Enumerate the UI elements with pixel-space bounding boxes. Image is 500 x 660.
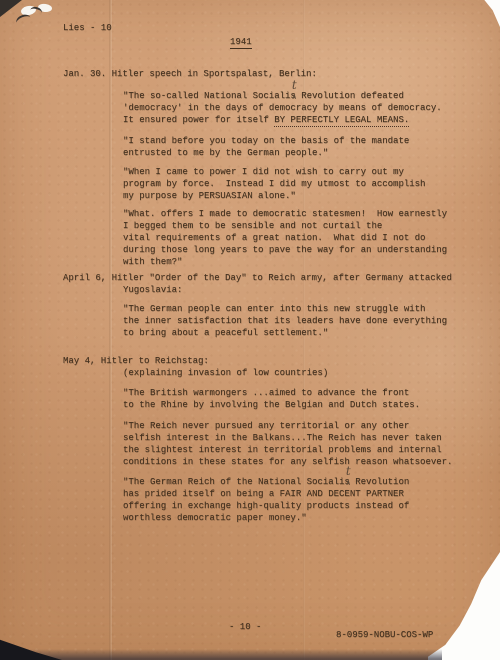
quote-line: with them?" xyxy=(123,256,447,268)
quote-block: "What. offers I made to democratic state… xyxy=(123,208,447,268)
quote-line: I begged them to be sensible and not cur… xyxy=(123,220,447,232)
torn-corner-top-right xyxy=(477,0,500,27)
quote-block: "When I came to power I did not wish to … xyxy=(123,166,425,202)
bottom-edge-shadow xyxy=(0,649,442,660)
fold-crease xyxy=(109,0,112,660)
quote-line: "The British warmongers ...aimed to adva… xyxy=(123,387,420,399)
quote-line: worthless democratic paper money." xyxy=(123,512,409,524)
pencil-mark xyxy=(14,13,32,29)
document-code: 8-0959-NOBU-COS-WP xyxy=(336,629,433,641)
quote-line: the inner satisfaction that its leaders … xyxy=(123,315,447,327)
quote-block: "I stand before you today on the basis o… xyxy=(123,135,409,159)
paper-sheet: Lies - 10 1941 Jan. 30. Hitler speech in… xyxy=(0,0,500,660)
year-title: 1941 xyxy=(230,36,252,49)
quote-line: "I stand before you today on the basis o… xyxy=(123,135,409,147)
quote-block: "The so-called National Socialist∧ Revol… xyxy=(123,90,442,126)
quote-line: "The German people can enter into this n… xyxy=(123,303,447,315)
handwritten-t: t xyxy=(346,466,351,476)
quote-line: selfish interest in the Balkans...The Re… xyxy=(123,432,452,444)
quote-line: "When I came to power I did not wish to … xyxy=(123,166,425,178)
quote-line: "The so-called National Socialist∧ Revol… xyxy=(123,90,442,102)
dark-corner-top-left xyxy=(0,0,22,17)
quote-line: conditions in these states for any selfi… xyxy=(123,456,452,468)
quote-line: program by force. Instead I did my utmos… xyxy=(123,178,425,190)
quote-block: "The British warmongers ...aimed to adva… xyxy=(123,387,420,411)
quote-line: "The Reich never pursued any territorial… xyxy=(123,420,452,432)
quote-line: vital requirements of a great nation. Wh… xyxy=(123,232,447,244)
entry-subheading: (explaining invasion of low countries) xyxy=(123,367,328,379)
quote-line: to bring about a peaceful settlement." xyxy=(123,327,447,339)
quote-block: "The German Reich of the National Social… xyxy=(123,476,409,524)
entry-heading: Jan. 30. Hitler speech in Sportspalast, … xyxy=(63,68,317,80)
quote-line: to the Rhine by involving the Belgian an… xyxy=(123,399,420,411)
entry-heading: April 6, Hitler "Order of the Day" to Re… xyxy=(63,272,452,284)
quote-line: has prided itself on being a FAIR AND DE… xyxy=(123,488,409,500)
quote-line: entrusted to me by the German people." xyxy=(123,147,409,159)
quote-block: "The Reich never pursued any territorial… xyxy=(123,420,452,468)
quote-line: offering in exchange high-quality produc… xyxy=(123,500,409,512)
header-label: Lies - 10 xyxy=(63,22,112,34)
quote-line: 'democracy' in the days of democracy by … xyxy=(123,102,442,114)
quote-block: "The German people can enter into this n… xyxy=(123,303,447,339)
underlined-phrase: BY PERFECTLY LEGAL MEANS. xyxy=(274,115,409,127)
quote-line: "The German Reich of the National Social… xyxy=(123,476,409,488)
torn-corner-bottom-right xyxy=(428,552,500,660)
handwritten-t: t xyxy=(292,80,297,90)
caret-mark-icon: ∧ xyxy=(292,94,297,102)
quote-line: It ensured power for itself BY PERFECTLY… xyxy=(123,114,442,126)
quote-line: my purpose by PERSUASIAN alone." xyxy=(123,190,425,202)
entry-subheading: Yugoslavia: xyxy=(123,284,182,296)
quote-line: during those long years to pave the way … xyxy=(123,244,447,256)
entry-heading: May 4, Hitler to Reichstag: xyxy=(63,355,209,367)
caret-mark-icon: ∧ xyxy=(346,480,351,488)
page-number: - 10 - xyxy=(229,621,261,633)
quote-line: the slightest interest in territorial pr… xyxy=(123,444,452,456)
quote-line: "What. offers I made to democratic state… xyxy=(123,208,447,220)
